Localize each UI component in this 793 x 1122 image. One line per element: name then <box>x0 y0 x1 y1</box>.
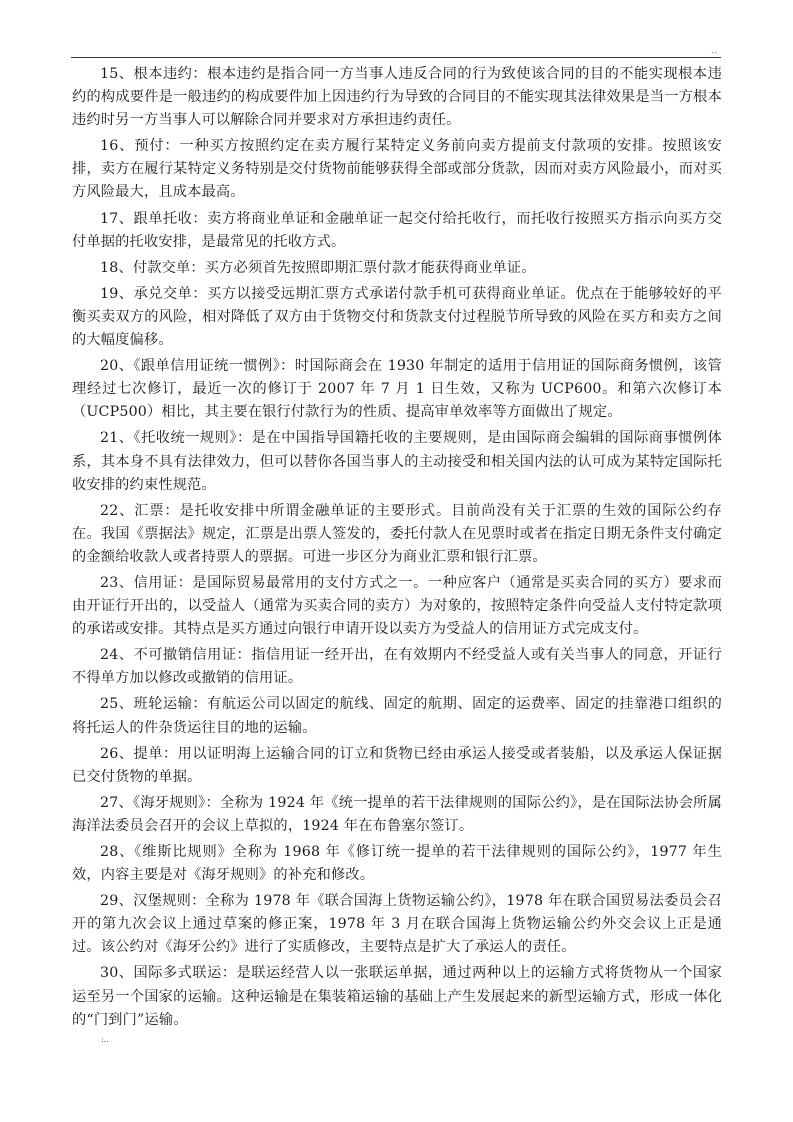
header-rule <box>71 57 721 58</box>
paragraph-15: 15、根本违约：根本违约是指合同一方当事人违反合同的行为致使该合同的目的不能实现… <box>72 63 722 132</box>
paragraph-19: 19、承兑交单：买方以接受远期汇票方式承诺付款手机可获得商业单证。优点在于能够较… <box>72 283 722 352</box>
paragraph-22: 22、汇票：是托收安排中所谓金融单证的主要形式。目前尚没有关于汇票的生效的国际公… <box>72 500 722 569</box>
paragraph-23: 23、信用证：是国际贸易最常用的支付方式之一。一种应客户（通常是买卖合同的买方）… <box>72 572 722 641</box>
document-body: 15、根本违约：根本违约是指合同一方当事人违反合同的行为致使该合同的目的不能实现… <box>72 63 722 1035</box>
paragraph-17: 17、跟单托收：卖方将商业单证和金融单证一起交付给托收行，而托收行按照买方指示向… <box>72 208 722 254</box>
paragraph-25: 25、班轮运输：有航运公司以固定的航线、固定的航期、固定的运费率、固定的挂靠港口… <box>72 693 722 739</box>
paragraph-29: 29、汉堡规则：全称为 1978 年《联合国海上货物运输公约》，1978 年在联… <box>72 890 722 959</box>
paragraph-27: 27、《海牙规则》：全称为 1924 年《统一提单的若干法律规则的国际公约》，是… <box>72 792 722 838</box>
paragraph-16: 16、预付：一种买方按照约定在卖方履行某特定义务前向卖方提前支付款项的安排。按照… <box>72 135 722 204</box>
paragraph-20: 20、《跟单信用证统一惯例》：时国际商会在 1930 年制定的适用于信用证的国际… <box>72 355 722 424</box>
paragraph-24: 24、不可撤销信用证：指信用证一经开出，在有效期内不经受益人或有关当事人的同意，… <box>72 644 722 690</box>
paragraph-26: 26、提单：用以证明海上运输合同的订立和货物已经由承运人接受或者装船，以及承运人… <box>72 743 722 789</box>
footer-mark: :.. <box>101 1035 109 1044</box>
header-mark: .. <box>711 46 718 55</box>
paragraph-28: 28、《维斯比规则》全称为 1968 年《修订统一提单的若干法律规则的国际公约》… <box>72 841 722 887</box>
paragraph-30: 30、国际多式联运：是联运经营人以一张联运单据，通过两种以上的运输方式将货物从一… <box>72 962 722 1031</box>
paragraph-21: 21、《托收统一规则》：是在中国指导国籍托收的主要规则，是由国际商会编辑的国际商… <box>72 427 722 496</box>
paragraph-18: 18、付款交单：买方必须首先按照即期汇票付款才能获得商业单证。 <box>72 257 722 280</box>
